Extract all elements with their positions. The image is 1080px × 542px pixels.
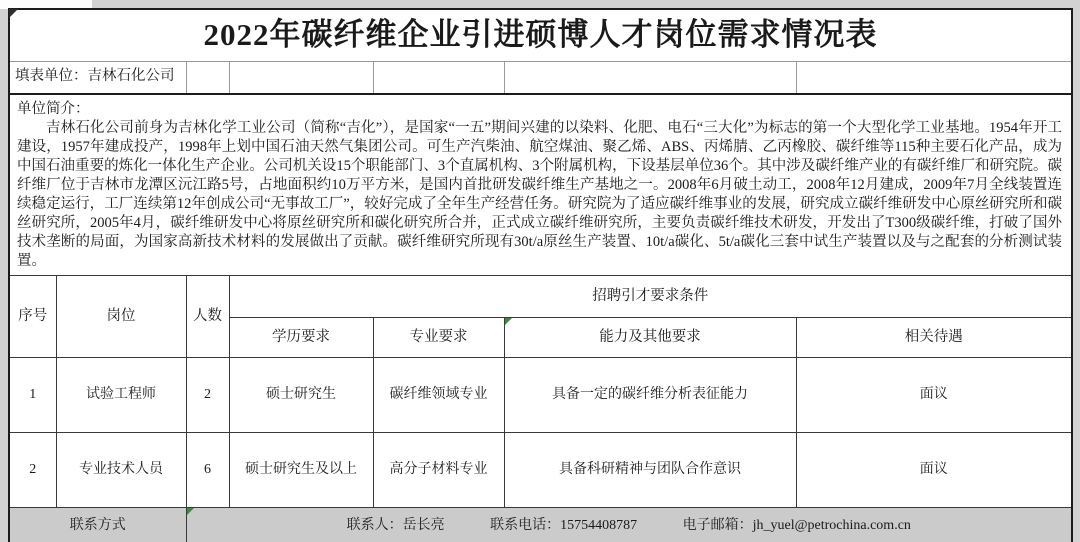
contact-email: 电子邮箱：jh_yuel@petrochina.com.cn (683, 517, 911, 536)
cell-seq: 2 (9, 433, 56, 508)
contact-phone: 联系电话：15754408787 (490, 517, 637, 536)
contact-person: 联系人：岳长亮 (347, 517, 445, 536)
intro-text: 吉林石化公司前身为吉林化学工业公司（简称“吉化”），是国家“一五”期间兴建的以染… (17, 119, 1062, 271)
company-intro-row: 单位简介： 吉林石化公司前身为吉林化学工业公司（简称“吉化”），是国家“一五”期… (9, 94, 1072, 276)
form-unit-cell: 填表单位：吉林石化公司 (9, 61, 186, 94)
empty-cell (229, 61, 373, 94)
spreadsheet: 2022年碳纤维企业引进硕博人才岗位需求情况表 填表单位：吉林石化公司 单位简介… (8, 8, 1071, 542)
contact-phone-label: 联系电话： (490, 518, 560, 533)
cell-major: 碳纤维领域专业 (373, 358, 504, 433)
page: 2022年碳纤维企业引进硕博人才岗位需求情况表 填表单位：吉林石化公司 单位简介… (0, 0, 1080, 542)
cell-major: 高分子材料专业 (373, 433, 504, 508)
cell-count: 2 (186, 358, 229, 433)
col-header-education: 学历要求 (229, 318, 373, 358)
contact-phone-value: 15754408787 (560, 518, 637, 533)
contact-email-value: jh_yuel@petrochina.com.cn (753, 518, 911, 533)
col-header-requirements-group: 招聘引才要求条件 (229, 276, 1072, 318)
contact-person-value: 岳长亮 (403, 518, 445, 533)
company-intro-cell: 单位简介： 吉林石化公司前身为吉林化学工业公司（简称“吉化”），是国家“一五”期… (9, 94, 1072, 276)
job-requirements-table: 2022年碳纤维企业引进硕博人才岗位需求情况表 填表单位：吉林石化公司 单位简介… (8, 8, 1073, 542)
table-row: 1 试验工程师 2 硕士研究生 碳纤维领域专业 具备一定的碳纤维分析表征能力 面… (9, 358, 1072, 433)
cell-education: 硕士研究生 (229, 358, 373, 433)
contact-email-label: 电子邮箱： (683, 518, 753, 533)
cell-ability: 具备一定的碳纤维分析表征能力 (504, 358, 796, 433)
form-unit-value: 吉林石化公司 (88, 68, 175, 84)
empty-cell (373, 61, 504, 94)
col-header-count: 人数 (186, 276, 229, 358)
col-header-ability: 能力及其他要求 (504, 318, 796, 358)
cell-seq: 1 (9, 358, 56, 433)
cell-position: 试验工程师 (56, 358, 186, 433)
corner-select-marker-icon (9, 9, 18, 18)
cell-education: 硕士研究生及以上 (229, 433, 373, 508)
col-header-compensation: 相关待遇 (796, 318, 1072, 358)
cell-compensation: 面议 (796, 358, 1072, 433)
form-unit-label: 填表单位： (15, 68, 88, 84)
title-row: 2022年碳纤维企业引进硕博人才岗位需求情况表 (9, 9, 1072, 61)
intro-label: 单位简介： (17, 100, 1062, 119)
header-row: 序号 岗位 人数 招聘引才要求条件 (9, 276, 1072, 318)
col-header-seq: 序号 (9, 276, 56, 358)
cell-comment-marker-icon (505, 318, 512, 325)
cell-position: 专业技术人员 (56, 433, 186, 508)
empty-cell (504, 61, 796, 94)
form-unit-row: 填表单位：吉林石化公司 (9, 61, 1072, 94)
contact-label-cell: 联系方式 (9, 508, 186, 542)
cell-ability: 具备科研精神与团队合作意识 (504, 433, 796, 508)
contact-row: 联系方式 联系人：岳长亮 联系电话：15754408787 电子邮箱：jh_yu… (9, 508, 1072, 542)
empty-cell (186, 61, 229, 94)
empty-cell (796, 61, 1072, 94)
contact-info-cell: 联系人：岳长亮 联系电话：15754408787 电子邮箱：jh_yuel@pe… (186, 508, 1072, 542)
col-header-major: 专业要求 (373, 318, 504, 358)
page-title: 2022年碳纤维企业引进硕博人才岗位需求情况表 (9, 9, 1072, 61)
cell-count: 6 (186, 433, 229, 508)
contact-person-label: 联系人： (347, 518, 403, 533)
table-row: 2 专业技术人员 6 硕士研究生及以上 高分子材料专业 具备科研精神与团队合作意… (9, 433, 1072, 508)
col-header-position: 岗位 (56, 276, 186, 358)
cell-compensation: 面议 (796, 433, 1072, 508)
col-header-ability-label: 能力及其他要求 (599, 329, 701, 345)
cell-comment-marker-icon (187, 508, 194, 515)
